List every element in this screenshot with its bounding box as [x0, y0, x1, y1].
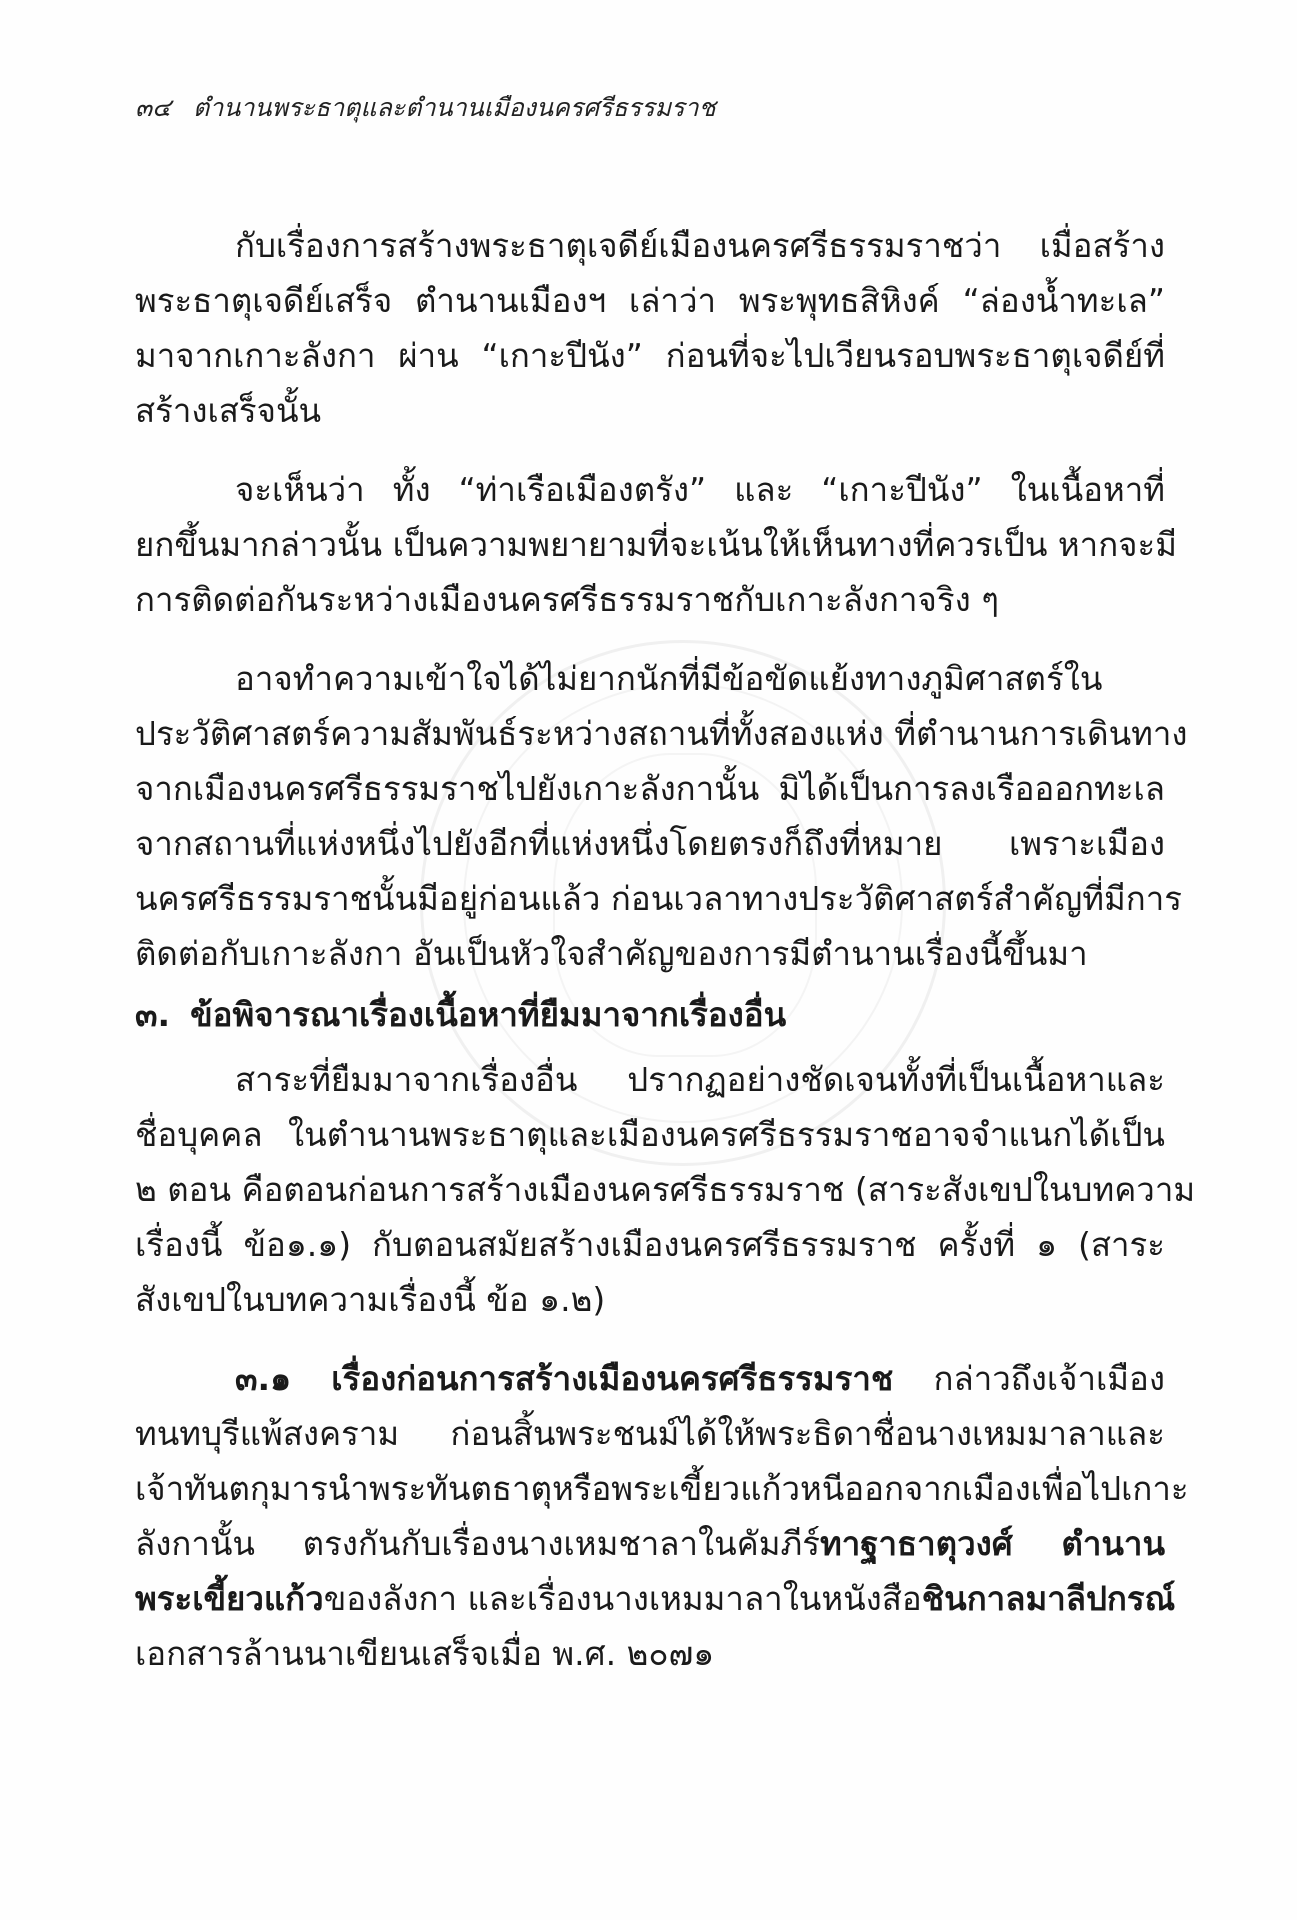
paragraph: กับเรื่องการสร้างพระธาตุเจดีย์เมืองนครศร… [135, 218, 1165, 438]
running-head-title: ตำนานพระธาตุและตำนานเมืองนครศรีธรรมราช [193, 93, 716, 122]
book-title-bold: พระเขี้ยวแก้ว [135, 1579, 324, 1618]
text-line: สังเขปในบทความเรื่องนี้ ข้อ ๑.๒) [135, 1272, 1165, 1327]
text-line: สร้างเสร็จนั้น [135, 383, 1165, 438]
text-line: อาจทำความเข้าใจได้ไม่ยากนักที่มีข้อขัดแย… [135, 651, 1165, 706]
text-line: สาระที่ยืมมาจากเรื่องอื่น ปรากฏอย่างชัดเ… [135, 1052, 1165, 1107]
text-line: จากเมืองนครศรีธรรมราชไปยังเกาะลังกานั้น … [135, 761, 1165, 816]
text-line: มาจากเกาะลังกา ผ่าน “เกาะปีนัง” ก่อนที่จ… [135, 328, 1165, 383]
section-heading: ๓.ข้อพิจารณาเรื่องเนื้อหาที่ยืมมาจากเรื่… [135, 987, 1165, 1042]
text-line: กับเรื่องการสร้างพระธาตุเจดีย์เมืองนครศร… [135, 218, 1165, 273]
book-title-bold: ชินกาลมาลีปกรณ์ [922, 1579, 1175, 1618]
text-line: ทนทบุรีแพ้สงคราม ก่อนสิ้นพระชนม์ได้ให้พร… [135, 1406, 1165, 1461]
subsection-number: ๓.๑ [235, 1359, 291, 1398]
section-title: ข้อพิจารณาเรื่องเนื้อหาที่ยืมมาจากเรื่อง… [190, 995, 786, 1034]
paragraph: อาจทำความเข้าใจได้ไม่ยากนักที่มีข้อขัดแย… [135, 651, 1165, 981]
section-number: ๓. [135, 995, 170, 1034]
text-line: ลังกานั้น ตรงกันกับเรื่องนางเหมชาลาในคัม… [135, 1516, 1165, 1571]
text-line: ยกขึ้นมากล่าวนั้น เป็นความพยายามที่จะเน้… [135, 517, 1165, 572]
body-text: กับเรื่องการสร้างพระธาตุเจดีย์เมืองนครศร… [135, 218, 1165, 1681]
subsection-paragraph: ๓.๑ เรื่องก่อนการสร้างเมืองนครศรีธรรมราช… [135, 1351, 1165, 1681]
running-head: ๓๔ตำนานพระธาตุและตำนานเมืองนครศรีธรรมราช [135, 88, 716, 128]
subsection-title: เรื่องก่อนการสร้างเมืองนครศรีธรรมราช [331, 1359, 893, 1398]
text-line: เอกสารล้านนาเขียนเสร็จเมื่อ พ.ศ. ๒๐๗๑ [135, 1626, 1165, 1681]
text-line: ชื่อบุคคล ในตำนานพระธาตุและเมืองนครศรีธร… [135, 1107, 1165, 1162]
text-line: ติดต่อกับเกาะลังกา อันเป็นหัวใจสำคัญของก… [135, 926, 1165, 981]
text-line: ๒ ตอน คือตอนก่อนการสร้างเมืองนครศรีธรรมร… [135, 1162, 1165, 1217]
text-line: เจ้าทันตกุมารนำพระทันตธาตุหรือพระเขี้ยวแ… [135, 1461, 1165, 1516]
paragraph: สาระที่ยืมมาจากเรื่องอื่น ปรากฏอย่างชัดเ… [135, 1052, 1165, 1327]
text-line: จากสถานที่แห่งหนึ่งไปยังอีกที่แห่งหนึ่งโ… [135, 816, 1165, 871]
text-line: การติดต่อกันระหว่างเมืองนครศรีธรรมราชกับ… [135, 572, 1165, 627]
book-title-bold: ทาฐาธาตุวงศ์ ตำนาน [820, 1524, 1165, 1563]
book-page: ๓๔ตำนานพระธาตุและตำนานเมืองนครศรีธรรมราช… [0, 0, 1297, 1920]
page-number: ๓๔ [135, 93, 171, 122]
text-line: พระเขี้ยวแก้วของลังกา และเรื่องนางเหมมาล… [135, 1571, 1165, 1626]
text-line: จะเห็นว่า ทั้ง “ท่าเรือเมืองตรัง” และ “เ… [135, 462, 1165, 517]
paragraph: จะเห็นว่า ทั้ง “ท่าเรือเมืองตรัง” และ “เ… [135, 462, 1165, 627]
text-line: ๓.๑ เรื่องก่อนการสร้างเมืองนครศรีธรรมราช… [135, 1351, 1165, 1406]
text-line: พระธาตุเจดีย์เสร็จ ตำนานเมืองฯ เล่าว่า พ… [135, 273, 1165, 328]
text-line: ประวัติศาสตร์ความสัมพันธ์ระหว่างสถานที่ท… [135, 706, 1165, 761]
text-line: นครศรีธรรมราชนั้นมีอยู่ก่อนแล้ว ก่อนเวลา… [135, 871, 1165, 926]
text-line: เรื่องนี้ ข้อ๑.๑) กับตอนสมัยสร้างเมืองนค… [135, 1217, 1165, 1272]
